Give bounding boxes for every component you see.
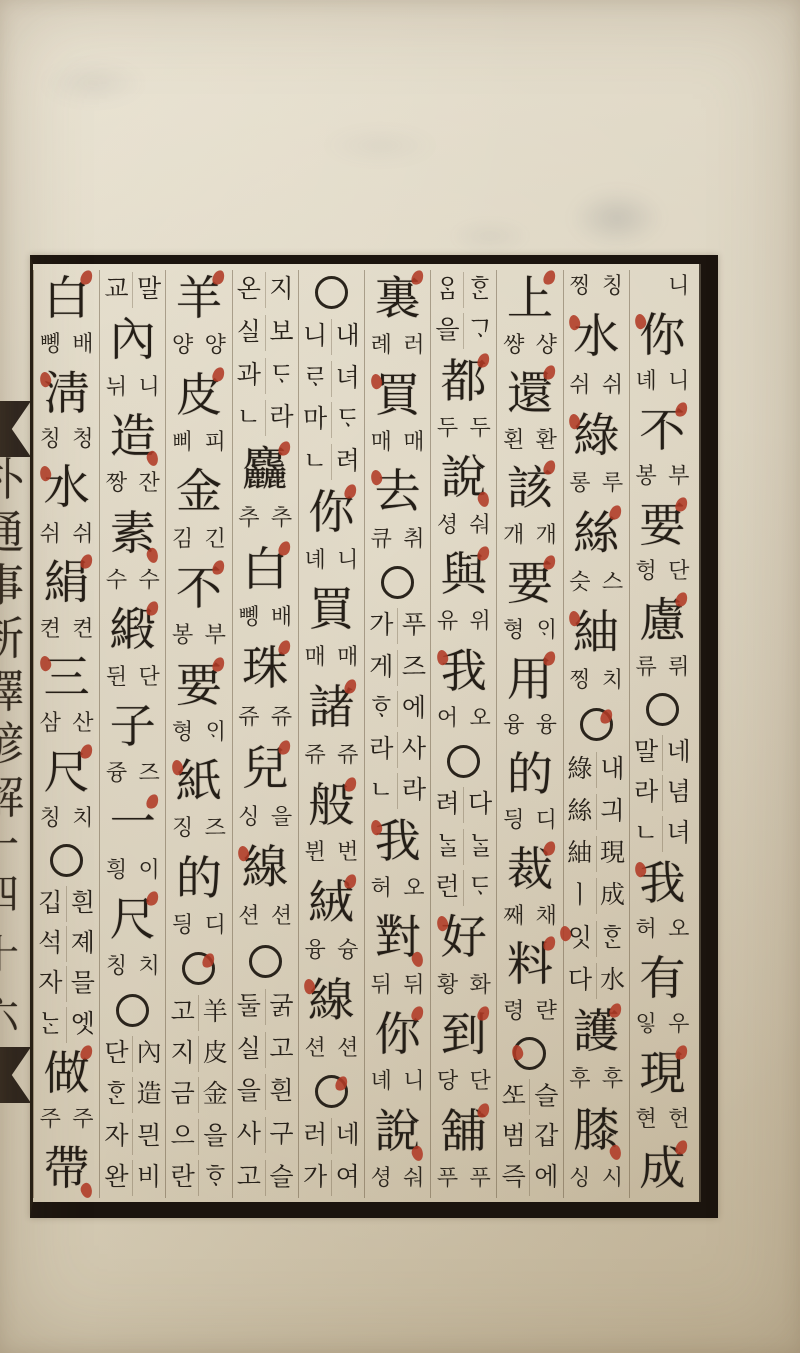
- syllable: 두: [431, 414, 464, 446]
- syllable: 자: [34, 966, 67, 1002]
- translation-row: 지皮: [166, 1036, 231, 1072]
- syllable: 과: [233, 358, 266, 394]
- hanzi-char: 還: [507, 367, 553, 421]
- gloss-pair: 헝단: [630, 557, 695, 589]
- syllable: 샹: [530, 331, 563, 363]
- syllable: 봉: [166, 621, 199, 653]
- translation-row: 교말: [100, 272, 165, 308]
- gloss-pair: 녜니: [630, 367, 695, 399]
- syllable: 슝: [331, 936, 364, 968]
- syllable: 시: [596, 1164, 629, 1196]
- hanzi-char: 白: [242, 543, 288, 597]
- syllable: 녀: [662, 816, 695, 852]
- syllable: 사: [233, 1117, 266, 1153]
- syllable: ᄂᆞᆯ: [464, 829, 497, 865]
- syllable: 뷘: [299, 838, 332, 870]
- hanzi-char: 水: [44, 461, 90, 515]
- circle-separator: [646, 693, 679, 726]
- syllable: 즈: [398, 650, 431, 686]
- syllable: 成: [596, 878, 629, 914]
- translation-row: 사구: [233, 1117, 298, 1153]
- syllable: 션: [233, 902, 266, 934]
- gloss-pair: 융융: [497, 711, 562, 743]
- translation-row: 으을: [166, 1119, 231, 1155]
- hanzi-char: 子: [110, 700, 156, 754]
- gloss-pair: 딍디: [166, 911, 231, 943]
- translation-row: 말네: [630, 735, 695, 771]
- hanzi-char: 皮: [176, 369, 222, 423]
- gloss-pair: 칭치: [34, 804, 99, 836]
- syllable: 매: [365, 428, 398, 460]
- syllable: 니: [398, 1067, 431, 1099]
- hanzi-char: 說: [375, 1105, 421, 1159]
- hanzi-char: 珠: [242, 642, 288, 696]
- translation-row: 금金: [166, 1077, 231, 1113]
- syllable: 유: [431, 607, 464, 639]
- hanzi-char: 你: [375, 1008, 421, 1062]
- hanzi-char: 慮: [639, 594, 685, 648]
- syllable: 뤼: [662, 653, 695, 685]
- syllable: 을: [199, 1119, 232, 1155]
- syllable: 잔: [133, 469, 166, 501]
- circle-separator: [315, 1075, 348, 1108]
- syllable: 水: [596, 963, 629, 999]
- syllable: 지: [166, 1036, 199, 1072]
- text-column: 上썅샹還횐환該개개要형ᄋᆡ用융융的딍디裁째채料령랸ᄯᅩ슬범갑즉에: [496, 270, 562, 1198]
- ink-bleed-smudge: [552, 178, 682, 258]
- gloss-pair: 째채: [497, 902, 562, 934]
- hanzi-char: 不: [176, 562, 222, 616]
- text-columns: 니你녜니不봉부要헝단慮류뤼말네라념ㄴ녀我허오有잏우現현헌成찡칭水쉬쉬綠롱루絲슷스…: [33, 264, 701, 1202]
- syllable: 단: [133, 663, 166, 695]
- syllable: ᄃᆞ: [464, 870, 497, 906]
- syllable: 두: [464, 414, 497, 446]
- syllable: 고: [233, 1160, 266, 1196]
- syllable: 금: [166, 1077, 199, 1113]
- hanzi-char: 做: [44, 1047, 90, 1101]
- syllable: ㄴ: [299, 444, 332, 480]
- syllable: 슬: [265, 1160, 298, 1196]
- hanzi-char: 諸: [308, 681, 354, 735]
- hanzi-char: 你: [639, 309, 685, 363]
- gloss-pair: 어오: [431, 704, 496, 736]
- gloss-pair: 례러: [365, 331, 430, 363]
- hanzi-char: 帶: [44, 1142, 90, 1196]
- syllable: 라: [265, 400, 298, 436]
- syllable: ㄴ: [630, 816, 663, 852]
- gloss-pair: 칭청: [34, 425, 99, 457]
- syllable: 綠: [564, 752, 597, 788]
- translation-row: 려다: [431, 787, 496, 823]
- gloss-pair: 주주: [34, 1105, 99, 1137]
- syllable: 푸: [431, 1164, 464, 1196]
- hanzi-char: 該: [507, 462, 553, 516]
- gloss-pair: 허오: [630, 915, 695, 947]
- syllable: 으: [166, 1119, 199, 1155]
- translation-row: 즉에: [497, 1160, 562, 1196]
- syllable: 가: [365, 608, 398, 644]
- translation-row: 絲긔: [564, 794, 629, 830]
- translation-row: 니내: [299, 319, 364, 355]
- syllable: ᄀᆞ: [464, 313, 497, 349]
- syllable: 찡: [564, 666, 597, 698]
- syllable: 매: [299, 643, 332, 675]
- translation-row: 綠내: [564, 752, 629, 788]
- syllable: 추: [265, 504, 298, 536]
- translation-row: 깁흰: [34, 886, 99, 922]
- translation-row: ᄒᆞᆫ造: [100, 1077, 165, 1113]
- hanzi-char: 紬: [573, 606, 619, 660]
- syllable: 부: [662, 462, 695, 494]
- translation-row: 가푸: [365, 608, 430, 644]
- syllable: 단: [464, 1067, 497, 1099]
- translation-row: ᄋᆞᆷᄒᆞᆫ: [431, 272, 496, 308]
- syllable: 개: [497, 521, 530, 553]
- syllable: 긴: [199, 525, 232, 557]
- syllable: 뼹: [233, 603, 266, 635]
- circle-separator: [381, 566, 414, 599]
- syllable: 셩: [431, 511, 464, 543]
- syllable: 에: [530, 1160, 563, 1196]
- syllable: 내: [331, 319, 364, 355]
- syllable: 융: [497, 711, 530, 743]
- gloss-pair: 류뤼: [630, 653, 695, 685]
- gloss-pair: 찡치: [564, 666, 629, 698]
- hanzi-char: 素: [110, 507, 156, 561]
- syllable: 비: [133, 1160, 166, 1196]
- syllable: 산: [67, 709, 100, 741]
- syllable: 말: [133, 272, 166, 308]
- hanzi-char: 都: [441, 355, 487, 409]
- syllable: 융: [530, 711, 563, 743]
- gloss-pair: 융슝: [299, 936, 364, 968]
- syllable: 란: [166, 1160, 199, 1196]
- gloss-pair: 쉬쉬: [34, 520, 99, 552]
- syllable: 환: [530, 426, 563, 458]
- gloss-pair: 징즈: [166, 814, 231, 846]
- translation-row: 둘굵: [233, 989, 298, 1025]
- hanzi-char: 買: [308, 583, 354, 637]
- translation-row: 다水: [564, 963, 629, 999]
- syllable: 오: [398, 874, 431, 906]
- syllable: 념: [662, 775, 695, 811]
- syllable: 부: [199, 621, 232, 653]
- syllable: ㄴ: [365, 773, 398, 809]
- gloss-pair: 셩숴: [365, 1164, 430, 1196]
- syllable: 징: [166, 814, 199, 846]
- syllable: ᄃᆞ: [265, 358, 298, 394]
- gloss-pair: 유위: [431, 607, 496, 639]
- syllable: 형: [497, 616, 530, 648]
- syllable: 을: [233, 1074, 266, 1110]
- gloss-pair: 삐피: [166, 428, 231, 460]
- translation-row: 고羊: [166, 995, 231, 1031]
- syllable: 보: [265, 315, 298, 351]
- syllable: 쥬: [299, 741, 332, 773]
- syllable: 자: [100, 1119, 133, 1155]
- syllable: 션: [265, 902, 298, 934]
- syllable: 숴: [464, 511, 497, 543]
- hanzi-char: 三: [44, 651, 90, 705]
- syllable: 디: [199, 911, 232, 943]
- syllable: 紬: [564, 836, 597, 872]
- syllable: 즁: [100, 759, 133, 791]
- gloss-pair: 힁이: [100, 856, 165, 888]
- hanzi-char: 對: [375, 911, 421, 965]
- hanzi-char: 不: [639, 404, 685, 458]
- syllable: 황: [431, 971, 464, 1003]
- syllable: 치: [67, 804, 100, 836]
- syllable: 뒤: [365, 971, 398, 1003]
- syllable: 게: [365, 650, 398, 686]
- gloss-pair: 개개: [497, 521, 562, 553]
- syllable: 오: [464, 704, 497, 736]
- hanzi-char: 護: [573, 1005, 619, 1059]
- fishtail-mark: [0, 1047, 31, 1103]
- syllable: ᄋᆡ: [199, 718, 232, 750]
- translation-row: 라념: [630, 775, 695, 811]
- translation-row: 마ᄃᆞ: [299, 402, 364, 438]
- gloss-pair: 형ᄋᆡ: [166, 718, 231, 750]
- syllable: 현: [630, 1105, 663, 1137]
- hanzi-char: 膝: [573, 1104, 619, 1158]
- gloss-pair: 추추: [233, 504, 298, 536]
- gloss-pair: 쥬쥬: [299, 741, 364, 773]
- syllable: 뼹: [34, 330, 67, 362]
- translation-row: 단內: [100, 1036, 165, 1072]
- hanzi-char: 要: [176, 659, 222, 713]
- translation-row: 고슬: [233, 1160, 298, 1196]
- syllable: 채: [530, 902, 563, 934]
- syllable: 삼: [34, 709, 67, 741]
- syllable: 마: [299, 402, 332, 438]
- syllable: 배: [67, 330, 100, 362]
- syllable: 개: [530, 521, 563, 553]
- hanzi-char: 要: [507, 557, 553, 611]
- syllable: 당: [431, 1067, 464, 1099]
- syllable: 딍: [497, 806, 530, 838]
- syllable: 융: [299, 936, 332, 968]
- syllable: 석: [34, 926, 67, 962]
- syllable: 쥬: [265, 703, 298, 735]
- translation-row: 잇ᄒᆞᆫ: [564, 921, 629, 957]
- syllable: ᄒᆞᆫ: [464, 272, 497, 308]
- syllable: 에: [398, 691, 431, 727]
- hanzi-char: 絹: [44, 556, 90, 610]
- hanzi-char: 的: [507, 748, 553, 802]
- gloss-pair: 큐취: [365, 525, 430, 557]
- hanzi-char: 說: [441, 451, 487, 505]
- translation-row: 과ᄃᆞ: [233, 358, 298, 394]
- syllable: 헌: [662, 1105, 695, 1137]
- text-column: 온지실보과ᄃᆞㄴ라麤추추白뼹배珠쥬쥬兒싱을線션션둘굵실고을흰사구고슬: [232, 270, 298, 1198]
- translation-row: 완비: [100, 1160, 165, 1196]
- circle-separator: [116, 994, 149, 1027]
- syllable: 니: [299, 319, 332, 355]
- hanzi-char: 兒: [242, 742, 288, 796]
- gloss-pair: 션션: [233, 902, 298, 934]
- syllable: 교: [100, 272, 133, 308]
- syllable: ㅣ: [564, 878, 597, 914]
- syllable: 흰: [67, 886, 100, 922]
- gloss-pair: 봉부: [630, 462, 695, 494]
- syllable: [630, 272, 663, 304]
- gloss-pair: 쉬쉬: [564, 371, 629, 403]
- syllable: 푸: [398, 608, 431, 644]
- translation-row: ㅣ成: [564, 878, 629, 914]
- syllable: 러: [398, 331, 431, 363]
- translation-row: ᄅᆞ녀: [299, 361, 364, 397]
- syllable: 造: [133, 1077, 166, 1113]
- syllable: 을: [431, 313, 464, 349]
- syllable: 즈: [199, 814, 232, 846]
- syllable: 즈: [133, 759, 166, 791]
- syllable: 라: [398, 773, 431, 809]
- translation-row: 석졔: [34, 926, 99, 962]
- translation-row: 범갑: [497, 1119, 562, 1155]
- syllable: 오: [662, 915, 695, 947]
- syllable: 잇: [564, 921, 597, 957]
- gloss-pair: 김긴: [166, 525, 231, 557]
- syllable: 뉘: [100, 373, 133, 405]
- translation-row: ᄒᆞ에: [365, 691, 430, 727]
- syllable: 뒤: [398, 971, 431, 1003]
- syllable: 례: [365, 331, 398, 363]
- gloss-pair: 칭치: [100, 952, 165, 984]
- syllable: 매: [331, 643, 364, 675]
- syllable: 잏: [630, 1010, 663, 1042]
- syllable: 싱: [564, 1164, 597, 1196]
- syllable: 려: [331, 444, 364, 480]
- gloss-pair: 횐환: [497, 426, 562, 458]
- syllable: 뒨: [100, 663, 133, 695]
- circle-separator: [315, 276, 348, 309]
- hanzi-char: 有: [639, 952, 685, 1006]
- text-column: ᄋᆞᆷᄒᆞᆫ을ᄀᆞ都두두說셩숴與유위我어오려다ᄂᆞᆯᄂᆞᆯ런ᄃᆞ好황화到당단舖푸…: [430, 270, 496, 1198]
- gloss-pair: 녜니: [299, 546, 364, 578]
- gloss-pair: 싱을: [233, 803, 298, 835]
- hanzi-char: 成: [639, 1142, 685, 1196]
- syllable: 긔: [596, 794, 629, 830]
- syllable: ᄅᆞ: [299, 361, 332, 397]
- gloss-pair: 허오: [365, 874, 430, 906]
- gloss-pair: 뼹배: [233, 603, 298, 635]
- syllable: 니: [133, 373, 166, 405]
- gloss-pair: 후후: [564, 1065, 629, 1097]
- hanzi-char: 尺: [110, 893, 156, 947]
- syllable: 고: [265, 1032, 298, 1068]
- gloss-pair: 양양: [166, 331, 231, 363]
- gloss-pair: 푸푸: [431, 1164, 496, 1196]
- syllable: 청: [67, 425, 100, 457]
- hanzi-char: 上: [507, 272, 553, 326]
- hanzi-char: 料: [507, 938, 553, 992]
- translation-row: 게즈: [365, 650, 430, 686]
- syllable: 헝: [630, 557, 663, 589]
- hanzi-char: 紙: [176, 755, 222, 809]
- hanzi-char: 要: [639, 499, 685, 553]
- syllable: 번: [331, 838, 364, 870]
- gloss-pair: 롱루: [564, 469, 629, 501]
- gloss-pair: 뒤뒤: [365, 971, 430, 1003]
- syllable: 니: [331, 546, 364, 578]
- ink-bleed-smudge: [295, 118, 465, 173]
- translation-row: 을흰: [233, 1074, 298, 1110]
- gloss-pair: 찡칭: [564, 272, 629, 304]
- circle-separator: [50, 844, 83, 877]
- syllable: 사: [398, 732, 431, 768]
- translation-row: 자믠: [100, 1119, 165, 1155]
- gloss-pair: 매매: [299, 643, 364, 675]
- hanzi-char: 用: [507, 653, 553, 707]
- syllable: 숴: [398, 1164, 431, 1196]
- syllable: 羊: [199, 995, 232, 1031]
- syllable: 삐: [166, 428, 199, 460]
- gloss-pair: 봉부: [166, 621, 231, 653]
- syllable: 령: [497, 997, 530, 1029]
- syllable: 썅: [497, 331, 530, 363]
- syllable: 피: [199, 428, 232, 460]
- translation-row: ㄴ녀: [630, 816, 695, 852]
- gloss-pair: 켠켠: [34, 615, 99, 647]
- syllable: 졔: [67, 926, 100, 962]
- hanzi-char: 裁: [507, 843, 553, 897]
- syllable: 녜: [365, 1067, 398, 1099]
- syllable: 켠: [67, 615, 100, 647]
- syllable: 여: [331, 1160, 364, 1196]
- syllable: 션: [331, 1034, 364, 1066]
- syllable: 배: [265, 603, 298, 635]
- syllable: 지: [265, 272, 298, 308]
- gloss-pair: 녜니: [365, 1067, 430, 1099]
- gloss-pair: 션션: [299, 1034, 364, 1066]
- syllable: 류: [630, 653, 663, 685]
- syllable: 칭: [100, 952, 133, 984]
- syllable: 러: [299, 1118, 332, 1154]
- translation-row: 실고: [233, 1032, 298, 1068]
- syllable: 힁: [100, 856, 133, 888]
- circle-separator: [513, 1037, 546, 1070]
- hanzi-char: 我: [375, 815, 421, 869]
- text-column: 교말內뉘니造짱잔素수수緞뒨단子즁즈一힁이尺칭치단內ᄒᆞᆫ造자믠완비: [99, 270, 165, 1198]
- syllable: 슬: [530, 1079, 563, 1115]
- syllable: 추: [233, 504, 266, 536]
- translation-row: ㄴ라: [365, 773, 430, 809]
- syllable: 믈: [67, 966, 100, 1002]
- syllable: 단: [662, 557, 695, 589]
- hanzi-char: 的: [176, 852, 222, 906]
- circle-separator: [447, 745, 480, 778]
- syllable: 쥬: [233, 703, 266, 735]
- gloss-pair: 수수: [100, 566, 165, 598]
- hanzi-char: 麤: [242, 443, 288, 497]
- syllable: 녀: [331, 361, 364, 397]
- syllable: 주: [34, 1105, 67, 1137]
- hanzi-char: 現: [639, 1047, 685, 1101]
- hanzi-char: 裏: [375, 272, 421, 326]
- ink-bleed-smudge: [430, 215, 550, 257]
- syllable: 셩: [365, 1164, 398, 1196]
- syllable: 째: [497, 902, 530, 934]
- hanzi-char: 去: [375, 465, 421, 519]
- translation-row: 紬現: [564, 836, 629, 872]
- syllable: 허: [630, 915, 663, 947]
- syllable: 우: [662, 1010, 695, 1042]
- syllable: 디: [530, 806, 563, 838]
- gloss-pair: 령랸: [497, 997, 562, 1029]
- syllable: 어: [431, 704, 464, 736]
- hanzi-char: 尺: [44, 746, 90, 800]
